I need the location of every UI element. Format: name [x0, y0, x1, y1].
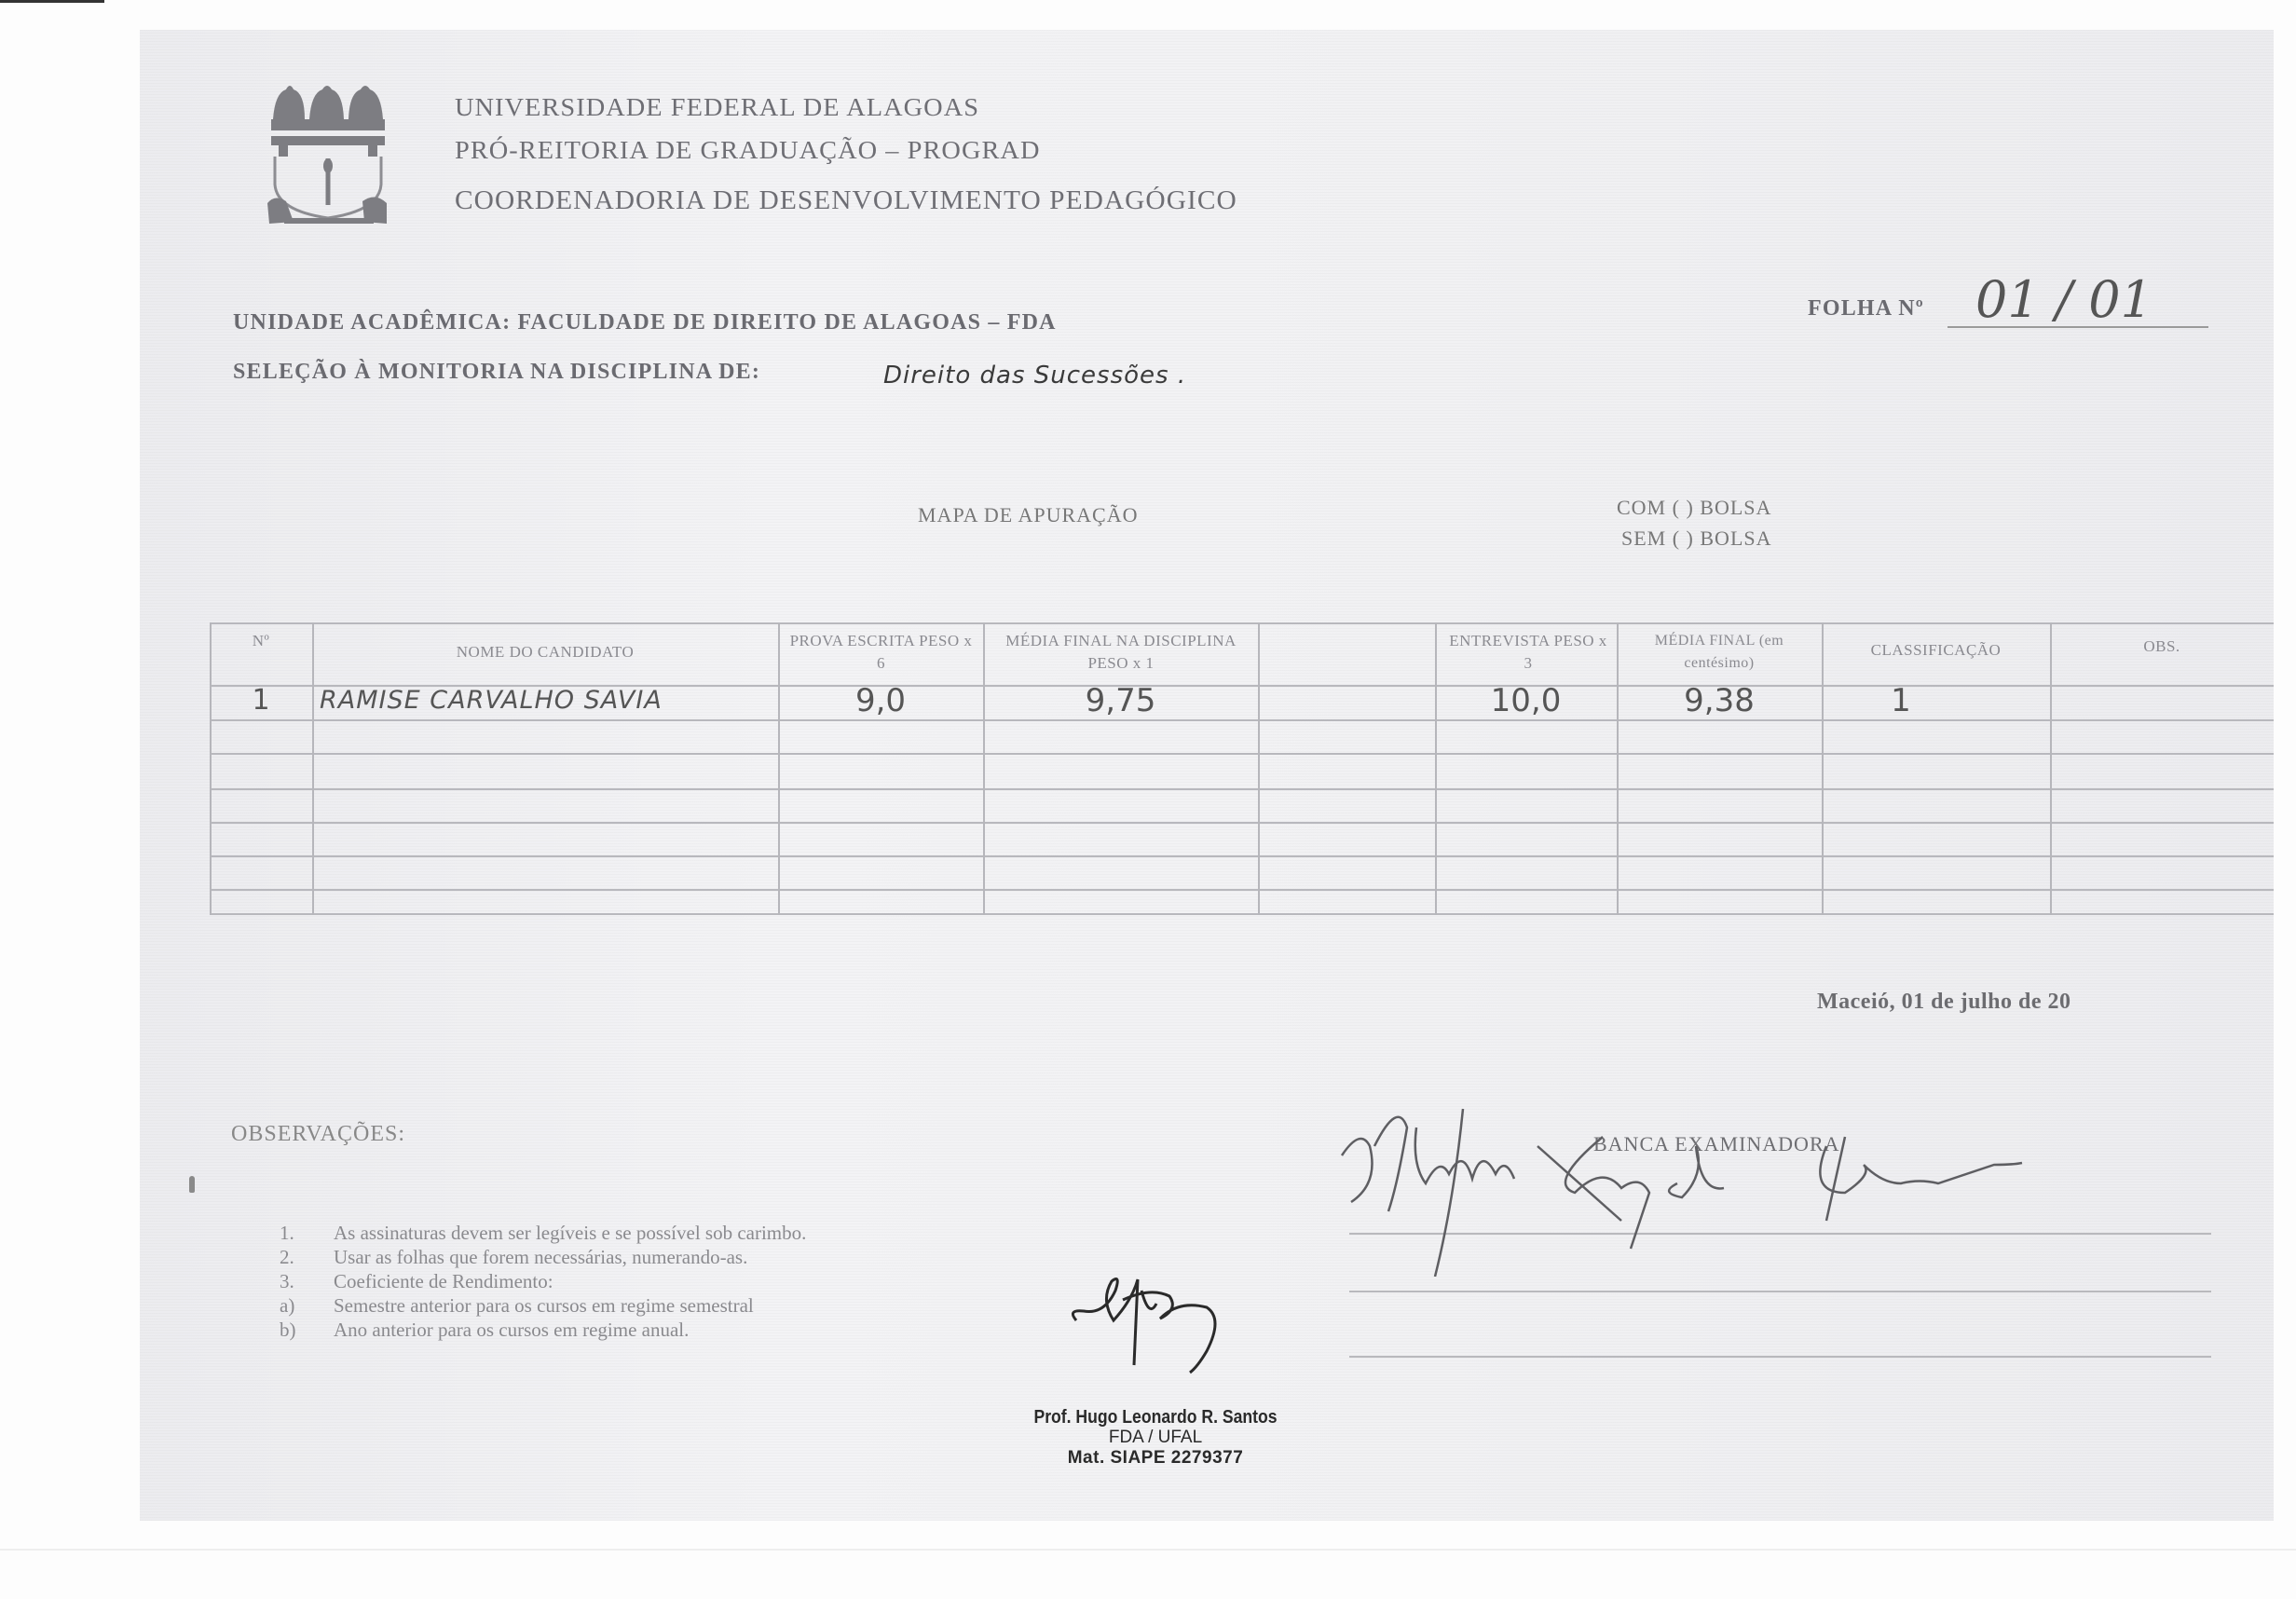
professor-name: Prof. Hugo Leonardo R. Santos — [1032, 1407, 1278, 1428]
observacao-item: 3.Coeficiente de Rendimento: — [280, 1269, 806, 1293]
observacao-item: a)Semestre anterior para os cursos em re… — [280, 1293, 806, 1318]
banca-signature-line-3 — [1349, 1356, 2211, 1358]
folha-label: FOLHA Nº — [1808, 296, 1924, 321]
scan-bottom-edge — [0, 1549, 2296, 1551]
col-header-prova-escrita: PROVA ESCRITA PESO x 6 — [786, 630, 977, 675]
observacao-item: 1.As assinaturas devem ser legíveis e se… — [280, 1221, 806, 1245]
unidade-academica-label: UNIDADE ACADÊMICA: FACULDADE DE DIREITO … — [233, 310, 1057, 335]
selecao-monitoria-label: SELEÇÃO À MONITORIA NA DISCIPLINA DE: — [233, 360, 760, 385]
observacao-text: Coeficiente de Rendimento: — [334, 1269, 553, 1293]
observacoes-title: OBSERVAÇÕES: — [231, 1122, 405, 1147]
observacao-number: a) — [280, 1293, 334, 1318]
date-line: Maceió, 01 de julho de 20 — [1817, 990, 2070, 1015]
observacao-text: As assinaturas devem ser legíveis e se p… — [334, 1221, 806, 1245]
results-table: Nº NOME DO CANDIDATO PROVA ESCRITA PESO … — [210, 622, 2274, 915]
observacao-text: Ano anterior para os cursos em regime an… — [334, 1318, 689, 1342]
sem-bolsa-checkbox[interactable]: SEM ( ) BOLSA — [1621, 526, 1772, 551]
observacoes-list: 1.As assinaturas devem ser legíveis e se… — [280, 1221, 806, 1342]
observacao-number: b) — [280, 1318, 334, 1342]
col-header-obs: OBS. — [2050, 635, 2274, 658]
cell-numero[interactable]: 1 — [210, 682, 312, 719]
ufal-crest-icon — [266, 82, 391, 229]
professor-signature-icon — [1067, 1263, 1230, 1374]
col-header-classificacao: CLASSIFICAÇÃO — [1822, 639, 2050, 662]
com-bolsa-checkbox[interactable]: COM ( ) BOLSA — [1617, 496, 1771, 520]
col-header-entrevista: ENTREVISTA PESO x 3 — [1449, 630, 1607, 675]
professor-matricula: Mat. SIAPE 2279377 — [1016, 1448, 1295, 1469]
banca-signature-icon — [1323, 1090, 2143, 1277]
pro-reitoria-name: PRÓ-REITORIA DE GRADUAÇÃO – PROGRAD — [455, 136, 1040, 165]
cell-media-disciplina[interactable]: 9,75 — [983, 682, 1258, 719]
scan-mark — [189, 1176, 195, 1193]
scan-edge-bar — [0, 0, 104, 3]
coordenadoria-name: COORDENADORIA DE DESENVOLVIMENTO PEDAGÓG… — [455, 186, 1237, 216]
professor-stamp: Prof. Hugo Leonardo R. Santos FDA / UFAL… — [1016, 1407, 1295, 1469]
observacao-number: 3. — [280, 1269, 334, 1293]
col-header-media-final: MÉDIA FINAL (em centésimo) — [1626, 630, 1812, 675]
observacao-item: b)Ano anterior para os cursos em regime … — [280, 1318, 806, 1342]
cell-classificacao[interactable]: 1 — [1822, 682, 1980, 719]
cell-nome[interactable]: RAMISE CARVALHO SAVIA — [320, 682, 776, 719]
col-header-media-disciplina: MÉDIA FINAL NA DISCIPLINA PESO x 1 — [991, 630, 1251, 675]
folha-number-field[interactable]: 01 / 01 — [1975, 270, 2152, 329]
institution-name: UNIVERSIDADE FEDERAL DE ALAGOAS — [455, 93, 979, 122]
cell-entrevista[interactable]: 10,0 — [1435, 682, 1617, 719]
observacao-number: 2. — [280, 1245, 334, 1269]
banca-signature-line-2 — [1349, 1291, 2211, 1292]
mapa-apuracao-title: MAPA DE APURAÇÃO — [918, 503, 1138, 527]
col-header-nome: NOME DO CANDIDATO — [312, 641, 778, 663]
col-header-numero: Nº — [210, 630, 312, 652]
cell-media-final[interactable]: 9,38 — [1617, 682, 1822, 719]
observacao-number: 1. — [280, 1221, 334, 1245]
observacao-item: 2.Usar as folhas que forem necessárias, … — [280, 1245, 806, 1269]
disciplina-field[interactable]: Direito das Sucessões . — [883, 362, 1186, 389]
observacao-text: Semestre anterior para os cursos em regi… — [334, 1293, 754, 1318]
professor-unit: FDA / UFAL — [1016, 1428, 1295, 1448]
observacao-text: Usar as folhas que forem necessárias, nu… — [334, 1245, 747, 1269]
cell-prova-escrita[interactable]: 9,0 — [778, 682, 983, 719]
